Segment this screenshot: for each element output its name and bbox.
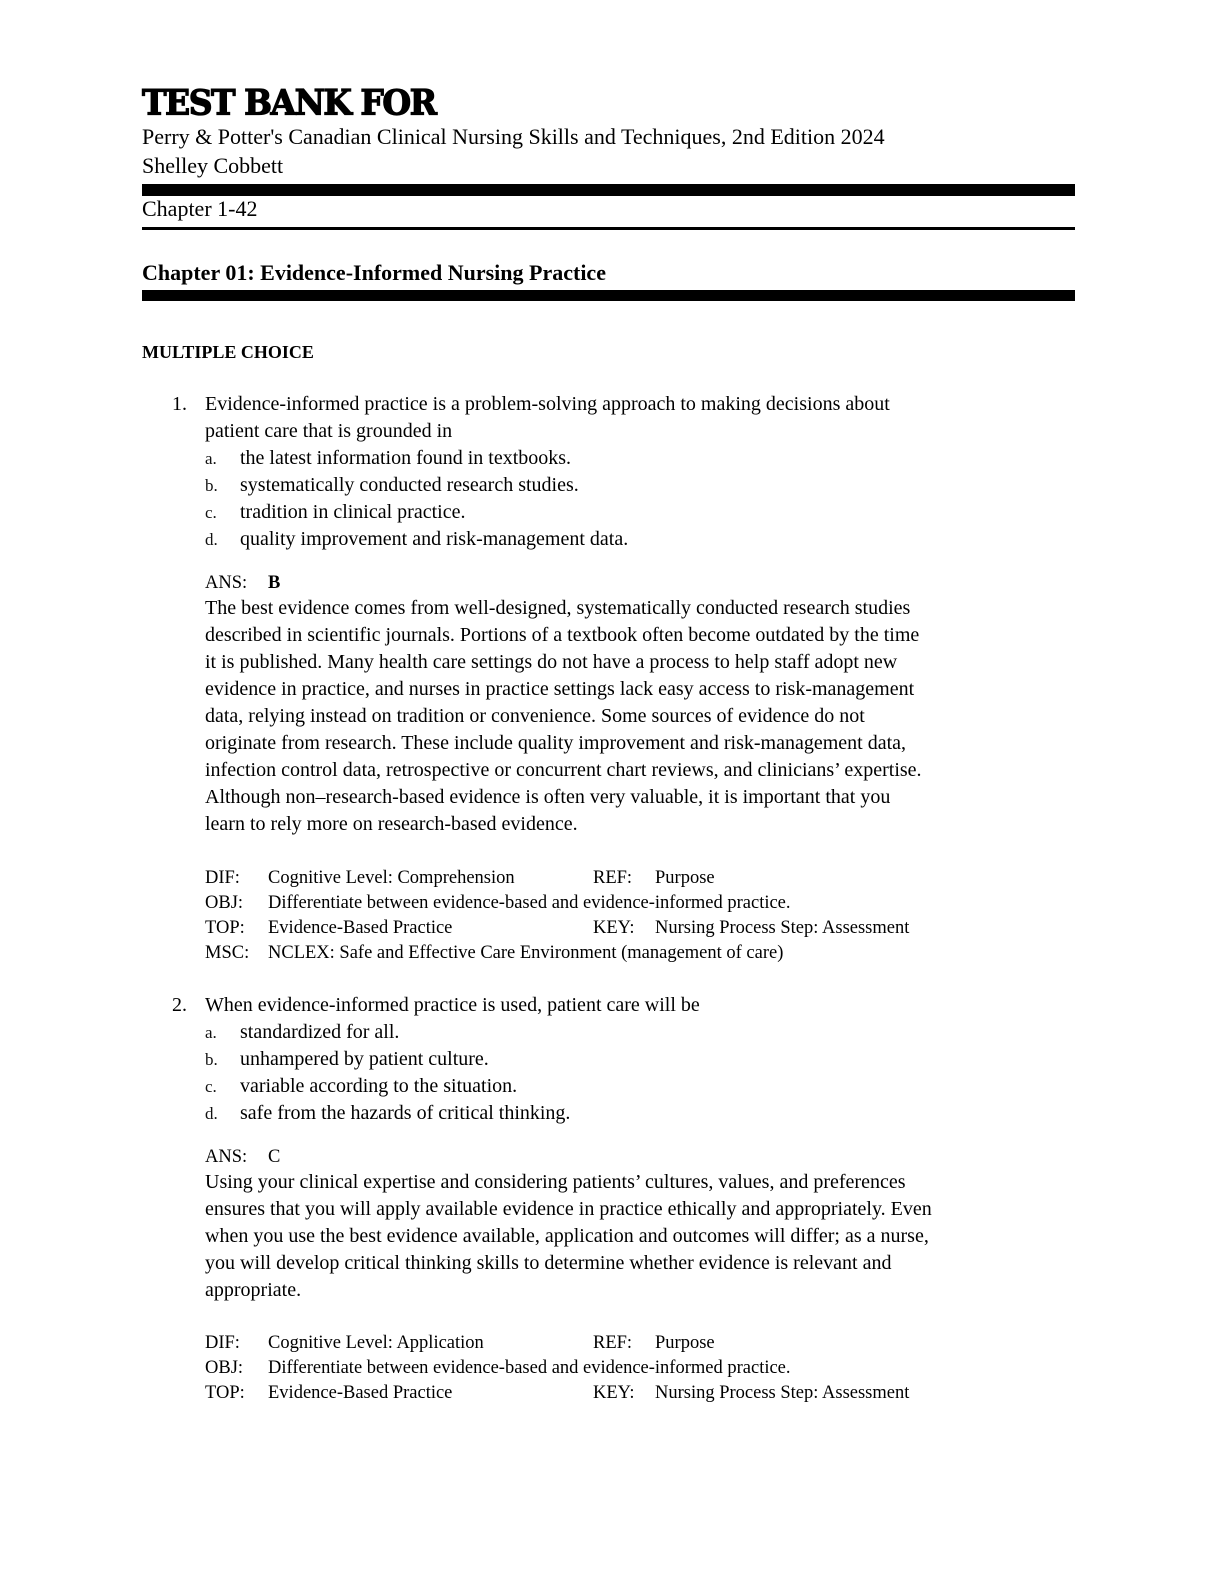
option-text: variable according to the situation. [240,1075,517,1098]
book-title: Perry & Potter's Canadian Clinical Nursi… [142,124,885,150]
chapter-divider [142,290,1075,301]
option-text: quality improvement and risk-management … [240,528,628,551]
top-label: TOP: [205,1383,245,1404]
rationale-line: ensures that you will apply available ev… [205,1198,932,1221]
chapter-range: Chapter 1-42 [142,196,257,222]
option-letter: c. [205,1077,217,1097]
thick-divider [142,184,1075,196]
msc-value: NCLEX: Safe and Effective Care Environme… [268,943,783,964]
dif-value: Cognitive Level: Application [268,1333,484,1354]
option-letter: b. [205,1050,218,1070]
ref-label: REF: [593,868,632,889]
option-text: systematically conducted research studie… [240,474,579,497]
obj-label: OBJ: [205,1358,243,1379]
rationale-line: Using your clinical expertise and consid… [205,1171,906,1194]
rationale-line: when you use the best evidence available… [205,1225,929,1248]
option-text: standardized for all. [240,1021,399,1044]
chapter-title: Chapter 01: Evidence-Informed Nursing Pr… [142,260,606,286]
ref-value: Purpose [655,1333,715,1354]
question-number: 2. [172,994,187,1017]
option-text: the latest information found in textbook… [240,447,571,470]
test-bank-banner: TEST BANK FOR [142,82,436,123]
question-stem-line: When evidence-informed practice is used,… [205,994,700,1017]
question-stem-line: Evidence-informed practice is a problem-… [205,393,890,416]
top-label: TOP: [205,918,245,939]
rationale-line: you will develop critical thinking skill… [205,1252,891,1275]
rationale-line: originate from research. These include q… [205,732,906,755]
option-text: tradition in clinical practice. [240,501,465,524]
key-label: KEY: [593,1383,634,1404]
option-letter: d. [205,1104,218,1124]
rationale-line: data, relying instead on tradition or co… [205,705,865,728]
option-letter: a. [205,449,217,469]
answer-label: ANS: [205,1147,247,1168]
rationale-line: described in scientific journals. Portio… [205,624,919,647]
option-letter: d. [205,530,218,550]
rationale-line: The best evidence comes from well-design… [205,597,910,620]
question-stem-line: patient care that is grounded in [205,420,452,443]
key-value: Nursing Process Step: Assessment [655,918,909,939]
rationale-line: infection control data, retrospective or… [205,759,922,782]
option-letter: c. [205,503,217,523]
question-number: 1. [172,393,187,416]
author-name: Shelley Cobbett [142,153,283,179]
top-value: Evidence-Based Practice [268,918,452,939]
rationale-line: appropriate. [205,1279,301,1302]
rationale-line: it is published. Many health care settin… [205,651,897,674]
dif-label: DIF: [205,1333,240,1354]
option-text: safe from the hazards of critical thinki… [240,1102,570,1125]
ref-value: Purpose [655,868,715,889]
rationale-line: evidence in practice, and nurses in prac… [205,678,914,701]
top-value: Evidence-Based Practice [268,1383,452,1404]
thin-divider [142,227,1075,230]
msc-label: MSC: [205,943,249,964]
section-heading: MULTIPLE CHOICE [142,342,314,363]
answer-value: B [268,573,280,594]
answer-label: ANS: [205,573,247,594]
dif-label: DIF: [205,868,240,889]
key-label: KEY: [593,918,634,939]
obj-value: Differentiate between evidence-based and… [268,1358,791,1379]
rationale-line: learn to rely more on research-based evi… [205,813,578,836]
key-value: Nursing Process Step: Assessment [655,1383,909,1404]
ref-label: REF: [593,1333,632,1354]
option-letter: a. [205,1023,217,1043]
obj-label: OBJ: [205,893,243,914]
option-letter: b. [205,476,218,496]
obj-value: Differentiate between evidence-based and… [268,893,791,914]
dif-value: Cognitive Level: Comprehension [268,868,515,889]
answer-value: C [268,1147,280,1168]
rationale-line: Although non–research-based evidence is … [205,786,890,809]
option-text: unhampered by patient culture. [240,1048,489,1071]
